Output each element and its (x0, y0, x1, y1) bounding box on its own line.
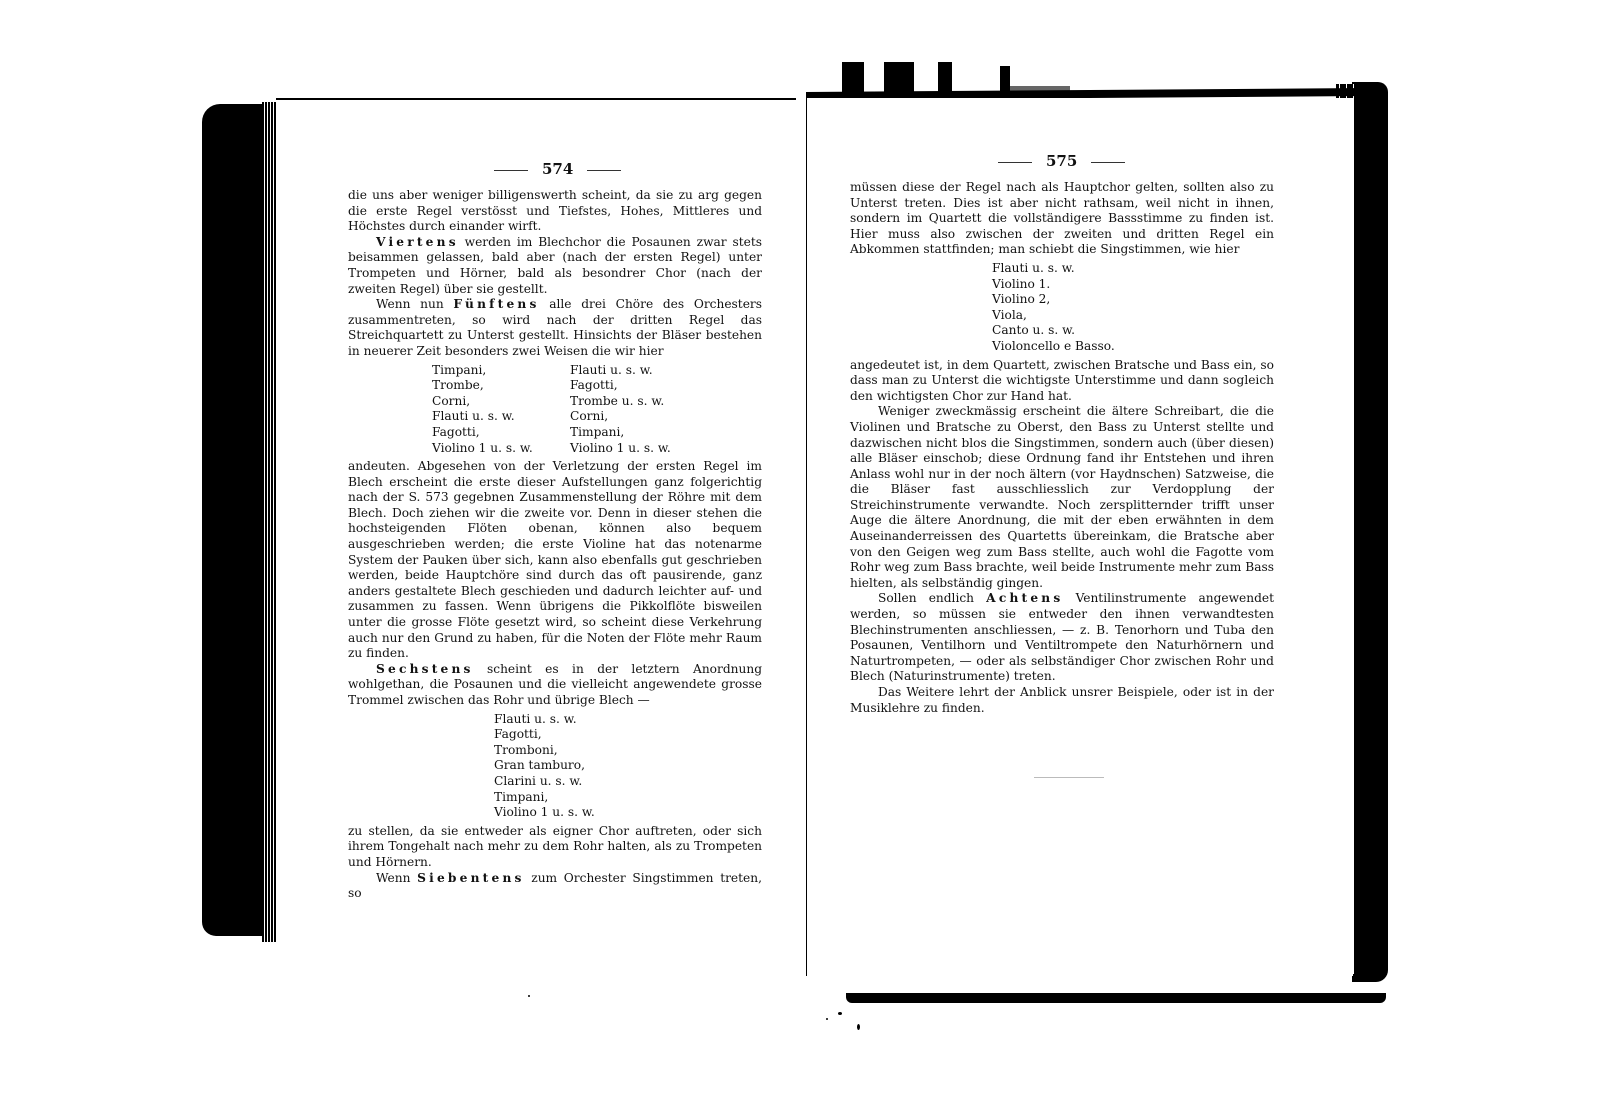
list-line: Violino 2, (992, 292, 1274, 308)
emphasized-ordinal: Sechstens (376, 662, 474, 676)
list-line: Gran tamburo, (494, 758, 762, 774)
list-line: Corni, (432, 394, 570, 410)
paragraph: zu stellen, da sie entweder als eigner C… (348, 824, 762, 871)
paragraph: Wenn nun Fünftens alle drei Chöre des Or… (348, 297, 762, 359)
left-page-edge-lines (262, 102, 276, 942)
list-line: Corni, (570, 409, 730, 425)
paragraph: angedeutet ist, in dem Quartett, zwische… (850, 358, 1274, 405)
list-line: Flauti u. s. w. (494, 712, 762, 728)
list-line: Violino 1 u. s. w. (570, 441, 730, 457)
instrument-list-single: Flauti u. s. w.Fagotti,Tromboni,Gran tam… (494, 712, 762, 821)
emphasized-ordinal: Viertens (376, 235, 459, 249)
text-run: zu stellen, da sie entweder als eigner C… (348, 824, 762, 869)
text-run: müssen diese der Regel nach als Hauptcho… (850, 180, 1274, 256)
list-line: Tromboni, (494, 743, 762, 759)
text-run: Das Weitere lehrt der Anblick unsrer Bei… (850, 685, 1274, 715)
left-paragraphs-1: die uns aber weniger billigenswerth sche… (348, 188, 762, 360)
text-run: Wenn nun (376, 297, 453, 311)
paragraph: andeuten. Abgesehen von der Verletzung d… (348, 459, 762, 662)
text-run: andeuten. Abgesehen von der Verletzung d… (348, 459, 762, 660)
paragraph: Sechstens scheint es in der letztern Ano… (348, 662, 762, 709)
list-line: Timpani, (432, 363, 570, 379)
text-run: angedeutet ist, in dem Quartett, zwische… (850, 358, 1274, 403)
list-line: Flauti u. s. w. (570, 363, 730, 379)
paragraph: Weniger zweckmässig erscheint die ältere… (850, 404, 1274, 591)
page-number-right: 575 (984, 152, 1139, 170)
list-line: Trombe u. s. w. (570, 394, 730, 410)
right-paragraphs-1: müssen diese der Regel nach als Hauptcho… (850, 180, 1274, 258)
scanned-book-spread: 574 575 die uns aber weniger billigenswe… (0, 0, 1600, 1098)
list-line: Flauti u. s. w. (432, 409, 570, 425)
list-line: Flauti u. s. w. (992, 261, 1274, 277)
list-line: Timpani, (570, 425, 730, 441)
list-line: Viola, (992, 308, 1274, 324)
list-line: Violino 1. (992, 277, 1274, 293)
emphasized-ordinal: Achtens (986, 591, 1063, 605)
text-run: die uns aber weniger billigenswerth sche… (348, 188, 762, 233)
book-gutter (806, 96, 807, 976)
left-paragraphs-2: andeuten. Abgesehen von der Verletzung d… (348, 459, 762, 709)
list-column-left: Timpani,Trombe,Corni,Flauti u. s. w.Fago… (432, 363, 570, 457)
right-page-block-edge (1352, 82, 1388, 982)
emphasized-ordinal: Fünftens (453, 297, 539, 311)
list-line: Violino 1 u. s. w. (494, 805, 762, 821)
list-line: Violoncello e Basso. (992, 339, 1274, 355)
paragraph: die uns aber weniger billigenswerth sche… (348, 188, 762, 235)
right-paragraphs-2: angedeutet ist, in dem Quartett, zwische… (850, 358, 1274, 717)
voice-list-single: Flauti u. s. w.Violino 1.Violino 2,Viola… (992, 261, 1274, 355)
end-rule (1034, 777, 1104, 778)
instrument-list-two-columns: Timpani,Trombe,Corni,Flauti u. s. w.Fago… (432, 363, 762, 457)
list-line: Canto u. s. w. (992, 323, 1274, 339)
list-line: Trombe, (432, 378, 570, 394)
text-run: Sollen endlich (878, 591, 986, 605)
right-page-bottom-edge (846, 993, 1386, 1003)
paragraph: Wenn Siebentens zum Orchester Singstimme… (348, 871, 762, 902)
list-line: Violino 1 u. s. w. (432, 441, 570, 457)
text-run: Wenn (376, 871, 417, 885)
page-number-left: 574 (480, 160, 635, 178)
list-line: Fagotti, (494, 727, 762, 743)
left-page-body: die uns aber weniger billigenswerth sche… (348, 188, 762, 902)
list-line: Fagotti, (432, 425, 570, 441)
text-run: Weniger zweckmässig erscheint die ältere… (850, 404, 1274, 590)
paragraph: Viertens werden im Blechchor die Posaune… (348, 235, 762, 297)
list-line: Fagotti, (570, 378, 730, 394)
paragraph: Sollen endlich Achtens Ventilinstrumente… (850, 591, 1274, 685)
list-line: Clarini u. s. w. (494, 774, 762, 790)
list-column-right: Flauti u. s. w.Fagotti,Trombe u. s. w.Co… (570, 363, 730, 457)
left-paragraphs-3: zu stellen, da sie entweder als eigner C… (348, 824, 762, 902)
paragraph: müssen diese der Regel nach als Hauptcho… (850, 180, 1274, 258)
emphasized-ordinal: Siebentens (417, 871, 524, 885)
right-page-body: müssen diese der Regel nach als Hauptcho… (850, 180, 1274, 716)
list-line: Timpani, (494, 790, 762, 806)
paragraph: Das Weitere lehrt der Anblick unsrer Bei… (850, 685, 1274, 716)
